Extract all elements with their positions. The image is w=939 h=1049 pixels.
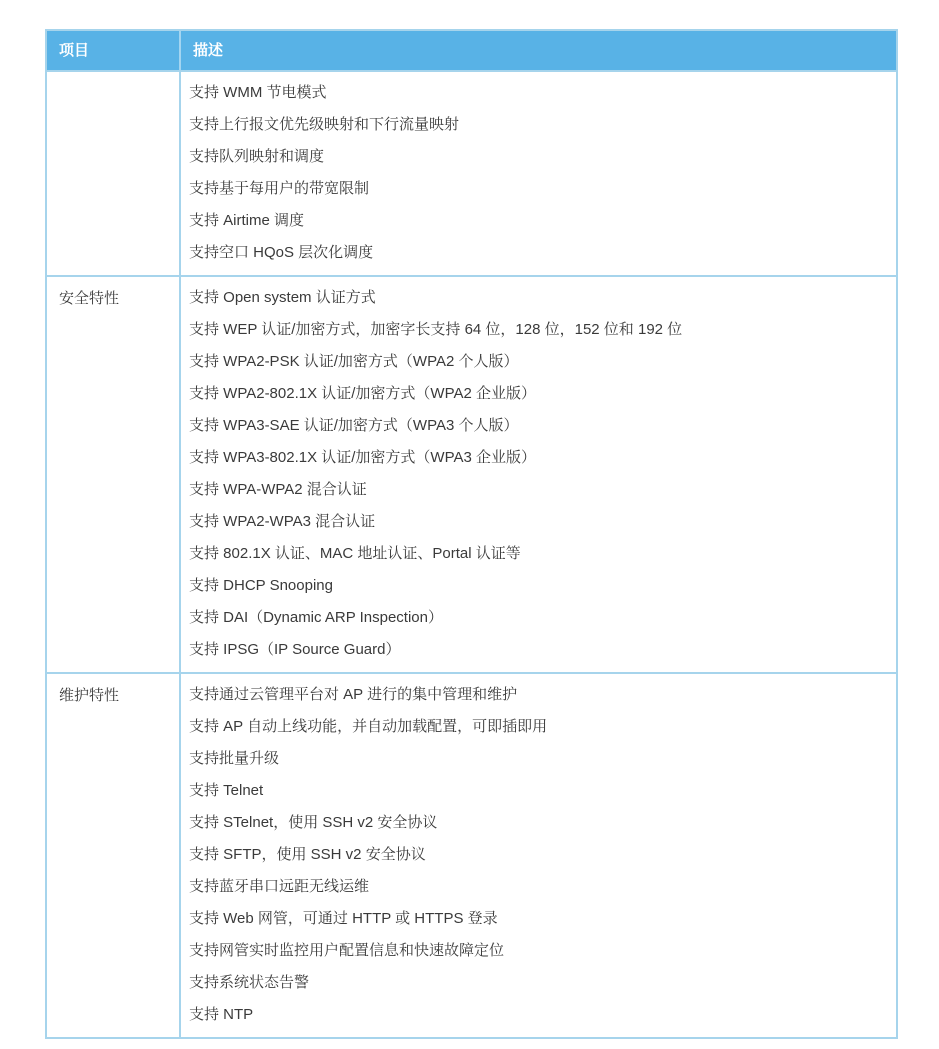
description-line: 支持 STelnet，使用 SSH v2 安全协议 xyxy=(189,807,884,839)
description-line: 支持 DHCP Snooping xyxy=(189,570,884,602)
description-line: 支持上行报文优先级映射和下行流量映射 xyxy=(189,109,884,141)
description-line: 支持 Web 网管，可通过 HTTP 或 HTTPS 登录 xyxy=(189,903,884,935)
description-line: 支持 Open system 认证方式 xyxy=(189,282,884,314)
description-line: 支持 Airtime 调度 xyxy=(189,205,884,237)
description-line: 支持 WEP 认证/加密方式，加密字长支持 64 位，128 位，152 位和 … xyxy=(189,314,884,346)
description-line: 支持 WPA2-PSK 认证/加密方式（WPA2 个人版） xyxy=(189,346,884,378)
row-item-label: 安全特性 xyxy=(59,290,119,307)
table-body: 支持 WMM 节电模式支持上行报文优先级映射和下行流量映射支持队列映射和调度支持… xyxy=(47,70,896,1037)
row-desc-cell: 支持 WMM 节电模式支持上行报文优先级映射和下行流量映射支持队列映射和调度支持… xyxy=(181,72,896,275)
table-row: 维护特性 支持通过云管理平台对 AP 进行的集中管理和维护支持 AP 自动上线功… xyxy=(47,672,896,1037)
row-item-cell: 维护特性 xyxy=(47,674,181,1037)
spec-table: 项目 描述 支持 WMM 节电模式支持上行报文优先级映射和下行流量映射支持队列映… xyxy=(45,29,898,1039)
description-line: 支持队列映射和调度 xyxy=(189,141,884,173)
row-desc-cell: 支持 Open system 认证方式支持 WEP 认证/加密方式，加密字长支持… xyxy=(181,277,896,672)
description-line: 支持基于每用户的带宽限制 xyxy=(189,173,884,205)
description-line: 支持 NTP xyxy=(189,999,884,1031)
description-line: 支持 WPA3-SAE 认证/加密方式（WPA3 个人版） xyxy=(189,410,884,442)
row-item-cell: 安全特性 xyxy=(47,277,181,672)
table-row: 支持 WMM 节电模式支持上行报文优先级映射和下行流量映射支持队列映射和调度支持… xyxy=(47,70,896,275)
description-line: 支持 WMM 节电模式 xyxy=(189,77,884,109)
table-header-row: 项目 描述 xyxy=(47,31,896,70)
document-page: 项目 描述 支持 WMM 节电模式支持上行报文优先级映射和下行流量映射支持队列映… xyxy=(0,0,939,1049)
description-line: 支持 WPA2-WPA3 混合认证 xyxy=(189,506,884,538)
description-line: 支持 DAI（Dynamic ARP Inspection） xyxy=(189,602,884,634)
description-line: 支持网管实时监控用户配置信息和快速故障定位 xyxy=(189,935,884,967)
column-header-desc: 描述 xyxy=(181,31,896,70)
description-line: 支持 SFTP，使用 SSH v2 安全协议 xyxy=(189,839,884,871)
description-line: 支持 AP 自动上线功能，并自动加载配置，可即插即用 xyxy=(189,711,884,743)
description-line: 支持批量升级 xyxy=(189,743,884,775)
table-row: 安全特性 支持 Open system 认证方式支持 WEP 认证/加密方式，加… xyxy=(47,275,896,672)
description-line: 支持 IPSG（IP Source Guard） xyxy=(189,634,884,666)
description-line: 支持 WPA3-802.1X 认证/加密方式（WPA3 企业版） xyxy=(189,442,884,474)
description-line: 支持 Telnet xyxy=(189,775,884,807)
description-line: 支持空口 HQoS 层次化调度 xyxy=(189,237,884,269)
description-line: 支持 WPA-WPA2 混合认证 xyxy=(189,474,884,506)
description-line: 支持蓝牙串口远距无线运维 xyxy=(189,871,884,903)
description-line: 支持 802.1X 认证、MAC 地址认证、Portal 认证等 xyxy=(189,538,884,570)
description-line: 支持系统状态告警 xyxy=(189,967,884,999)
description-line: 支持通过云管理平台对 AP 进行的集中管理和维护 xyxy=(189,679,884,711)
row-desc-cell: 支持通过云管理平台对 AP 进行的集中管理和维护支持 AP 自动上线功能，并自动… xyxy=(181,674,896,1037)
row-item-label: 维护特性 xyxy=(59,687,119,704)
column-header-item: 项目 xyxy=(47,31,181,70)
description-line: 支持 WPA2-802.1X 认证/加密方式（WPA2 企业版） xyxy=(189,378,884,410)
row-item-cell xyxy=(47,72,181,275)
